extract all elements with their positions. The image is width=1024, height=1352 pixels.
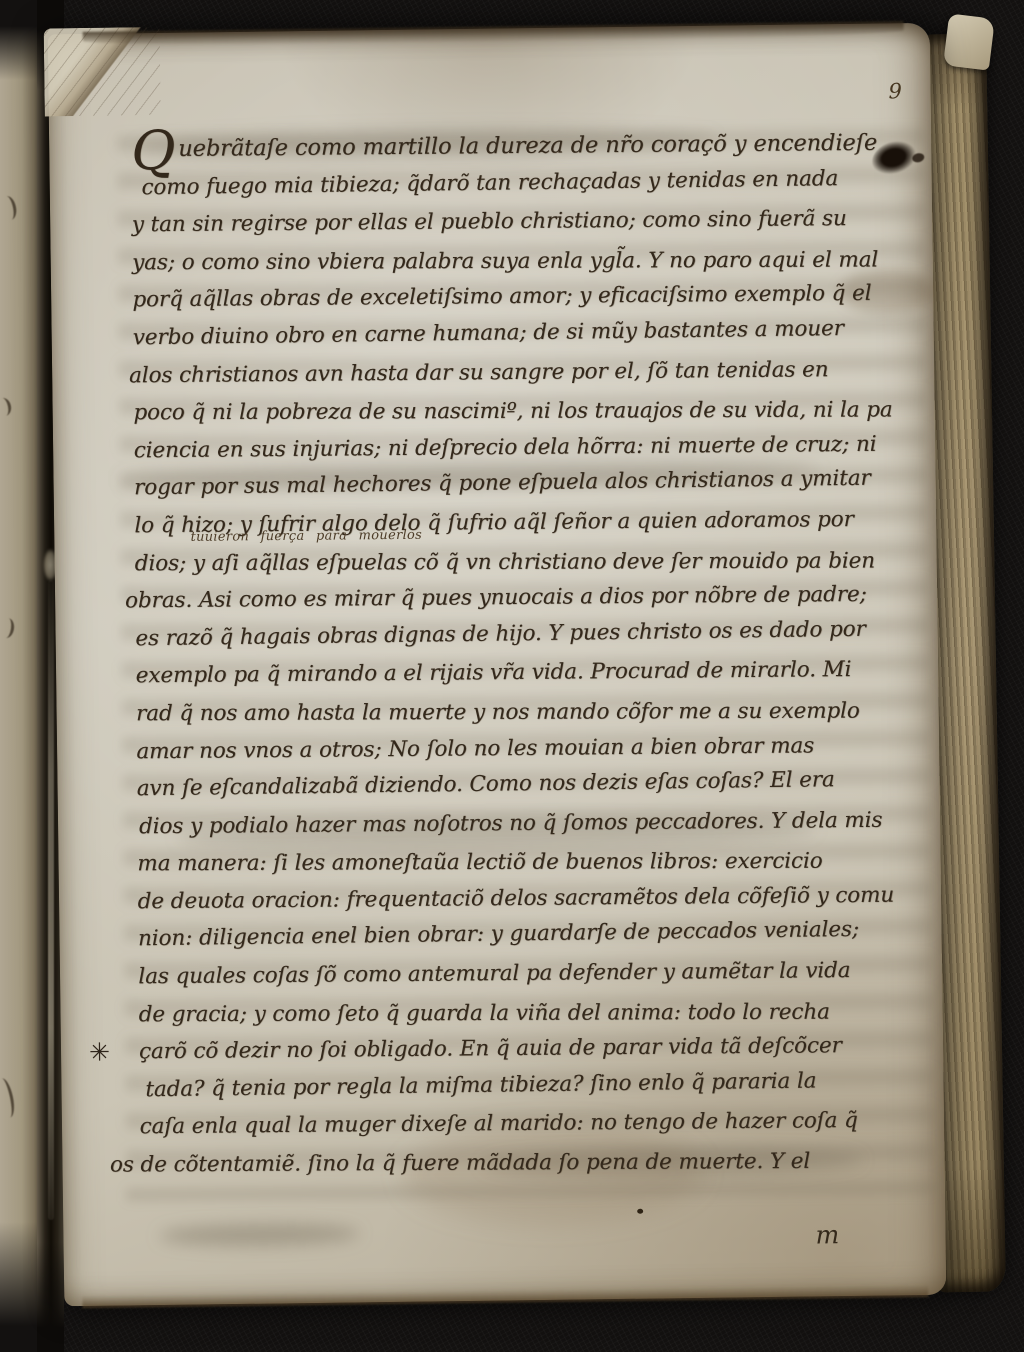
facing-page-ink-trace <box>0 397 13 418</box>
manuscript-line: caſa enla qual la muger dixeſe al marido… <box>140 1102 934 1147</box>
facing-page-ink-trace <box>0 195 18 221</box>
page-stack-corner <box>943 13 995 70</box>
bottom-edge-soiling <box>82 1284 929 1308</box>
facing-page-ink-trace <box>0 1077 17 1119</box>
manuscript-line: dios y podialo hazer mas noſotros no q̃ … <box>139 801 931 846</box>
catchword: m <box>815 1220 839 1249</box>
manuscript-line: exemplo pa q̃ mirando a el rijais vr̃a v… <box>136 651 930 696</box>
photograph-background: 9 tuuieron fuerça para mouerlos ✳ Quebrã… <box>0 0 1024 1352</box>
top-edge-soiling <box>83 21 903 47</box>
bleedthrough-smudge <box>159 1222 359 1247</box>
binding-thread <box>48 580 54 1220</box>
manuscript-page: 9 tuuieron fuerça para mouerlos ✳ Quebrã… <box>48 23 947 1306</box>
ink-dot <box>637 1209 643 1214</box>
folio-number: 9 <box>888 79 902 103</box>
interlinear-insertion: tuuieron fuerça para mouerlos <box>190 528 422 545</box>
manuscript-text-block: tuuieron fuerça para mouerlos ✳ Quebrãta… <box>131 124 934 1201</box>
manuscript-line: las quales coſas ſõ como antemural pa de… <box>138 951 932 996</box>
manuscript-line: y tan sin regirse por ellas el pueblo ch… <box>132 200 926 245</box>
marginal-asterisk: ✳ <box>89 1038 110 1067</box>
manuscript-line: os de cõtentamiẽ. ſino la q̃ fuere mãdad… <box>110 1142 934 1184</box>
facing-page-edge <box>0 0 40 1352</box>
facing-page-ink-trace <box>0 617 15 639</box>
manuscript-line: alos christianos avn hasta dar su sangre… <box>129 350 927 395</box>
